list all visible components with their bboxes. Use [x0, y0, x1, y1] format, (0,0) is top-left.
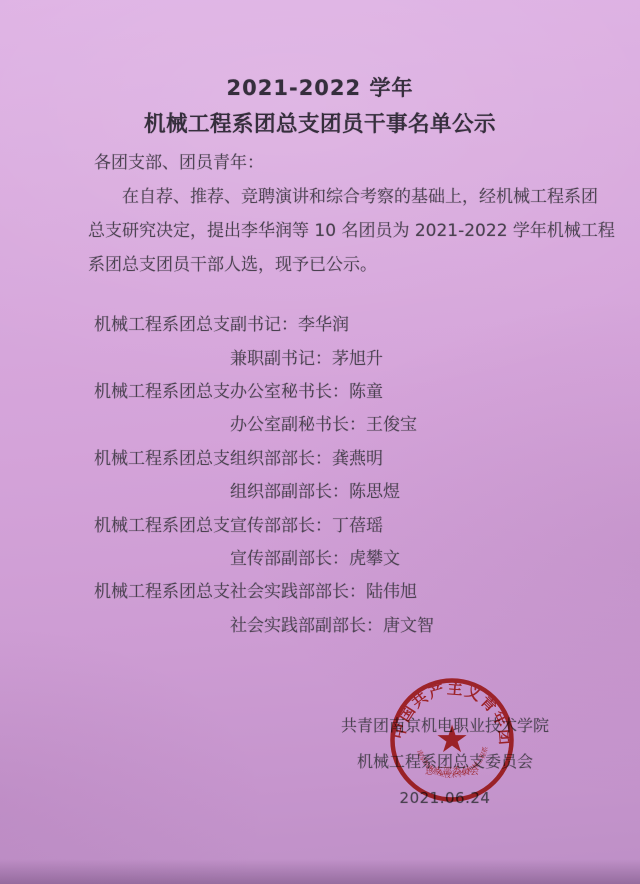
signature-date: 2021.06.24: [327, 780, 563, 816]
roster-row: 办公室副秘书长：王俊宝: [94, 406, 564, 439]
document-page: 2021-2022 学年 机械工程系团总支团员干事名单公示 各团支部、团员青年：…: [0, 0, 640, 884]
roster-row: 组织部副部长：陈思煜: [94, 473, 564, 506]
roster-org: 机械工程系团总支: [94, 444, 230, 469]
roster-row: 机械工程系团总支 副书记：李华润: [94, 306, 564, 339]
body-paragraph-line: 总支研究决定，提出李华润等 10 名团员为 2021-2022 学年机械工程: [88, 214, 558, 248]
roster-position: 组织部副部长：陈思煜: [230, 477, 564, 502]
body-paragraph-line: 系团总支团员干部人选，现予已公示。: [88, 248, 558, 282]
doc-title-year: 2021-2022 学年: [0, 72, 640, 102]
roster-position: 兼职副书记：茅旭升: [230, 344, 564, 369]
roster-position: 副书记：李华润: [230, 310, 564, 335]
roster-position: 宣传部部长：丁蓓瑶: [230, 511, 564, 536]
roster-position: 宣传部副部长：虎攀文: [230, 544, 564, 569]
roster-position: 组织部部长：龚燕明: [230, 444, 564, 469]
body-paragraph: 在自荐、推荐、竞聘演讲和综合考察的基础上，经机械工程系团 总支研究决定，提出李华…: [88, 180, 558, 282]
roster-row: 机械工程系团总支 组织部部长：龚燕明: [94, 440, 564, 473]
roster-position: 办公室秘书长：陈童: [230, 377, 564, 402]
roster-org: 机械工程系团总支: [94, 577, 230, 602]
roster-row: 机械工程系团总支 宣传部部长：丁蓓瑶: [94, 506, 564, 539]
roster-row: 兼职副书记：茅旭升: [94, 339, 564, 372]
roster-org: 机械工程系团总支: [94, 511, 230, 536]
roster-org: 机械工程系团总支: [94, 377, 230, 402]
signature-block: 共青团南京机电职业技术学院 机械工程系团总支委员会 2021.06.24: [327, 708, 563, 816]
roster-position: 办公室副秘书长：王俊宝: [230, 410, 564, 435]
roster-row: 社会实践部副部长：唐文智: [94, 607, 564, 640]
roster-position: 社会实践部副部长：唐文智: [230, 611, 564, 636]
roster-org: 机械工程系团总支: [94, 310, 230, 335]
salutation: 各团支部、团员青年：: [94, 148, 264, 173]
body-paragraph-line: 在自荐、推荐、竞聘演讲和综合考察的基础上，经机械工程系团: [88, 180, 558, 214]
roster-row: 宣传部副部长：虎攀文: [94, 540, 564, 573]
doc-title-main: 机械工程系团总支团员干事名单公示: [0, 107, 640, 138]
roster-position: 社会实践部部长：陆伟旭: [230, 577, 564, 602]
roster-row: 机械工程系团总支 办公室秘书长：陈童: [94, 373, 564, 406]
signature-org-line2: 机械工程系团总支委员会: [327, 744, 563, 780]
roster-row: 机械工程系团总支 社会实践部部长：陆伟旭: [94, 573, 564, 606]
signature-org-line1: 共青团南京机电职业技术学院: [327, 708, 563, 744]
roster: 机械工程系团总支 副书记：李华润 兼职副书记：茅旭升 机械工程系团总支 办公室秘…: [94, 306, 564, 640]
